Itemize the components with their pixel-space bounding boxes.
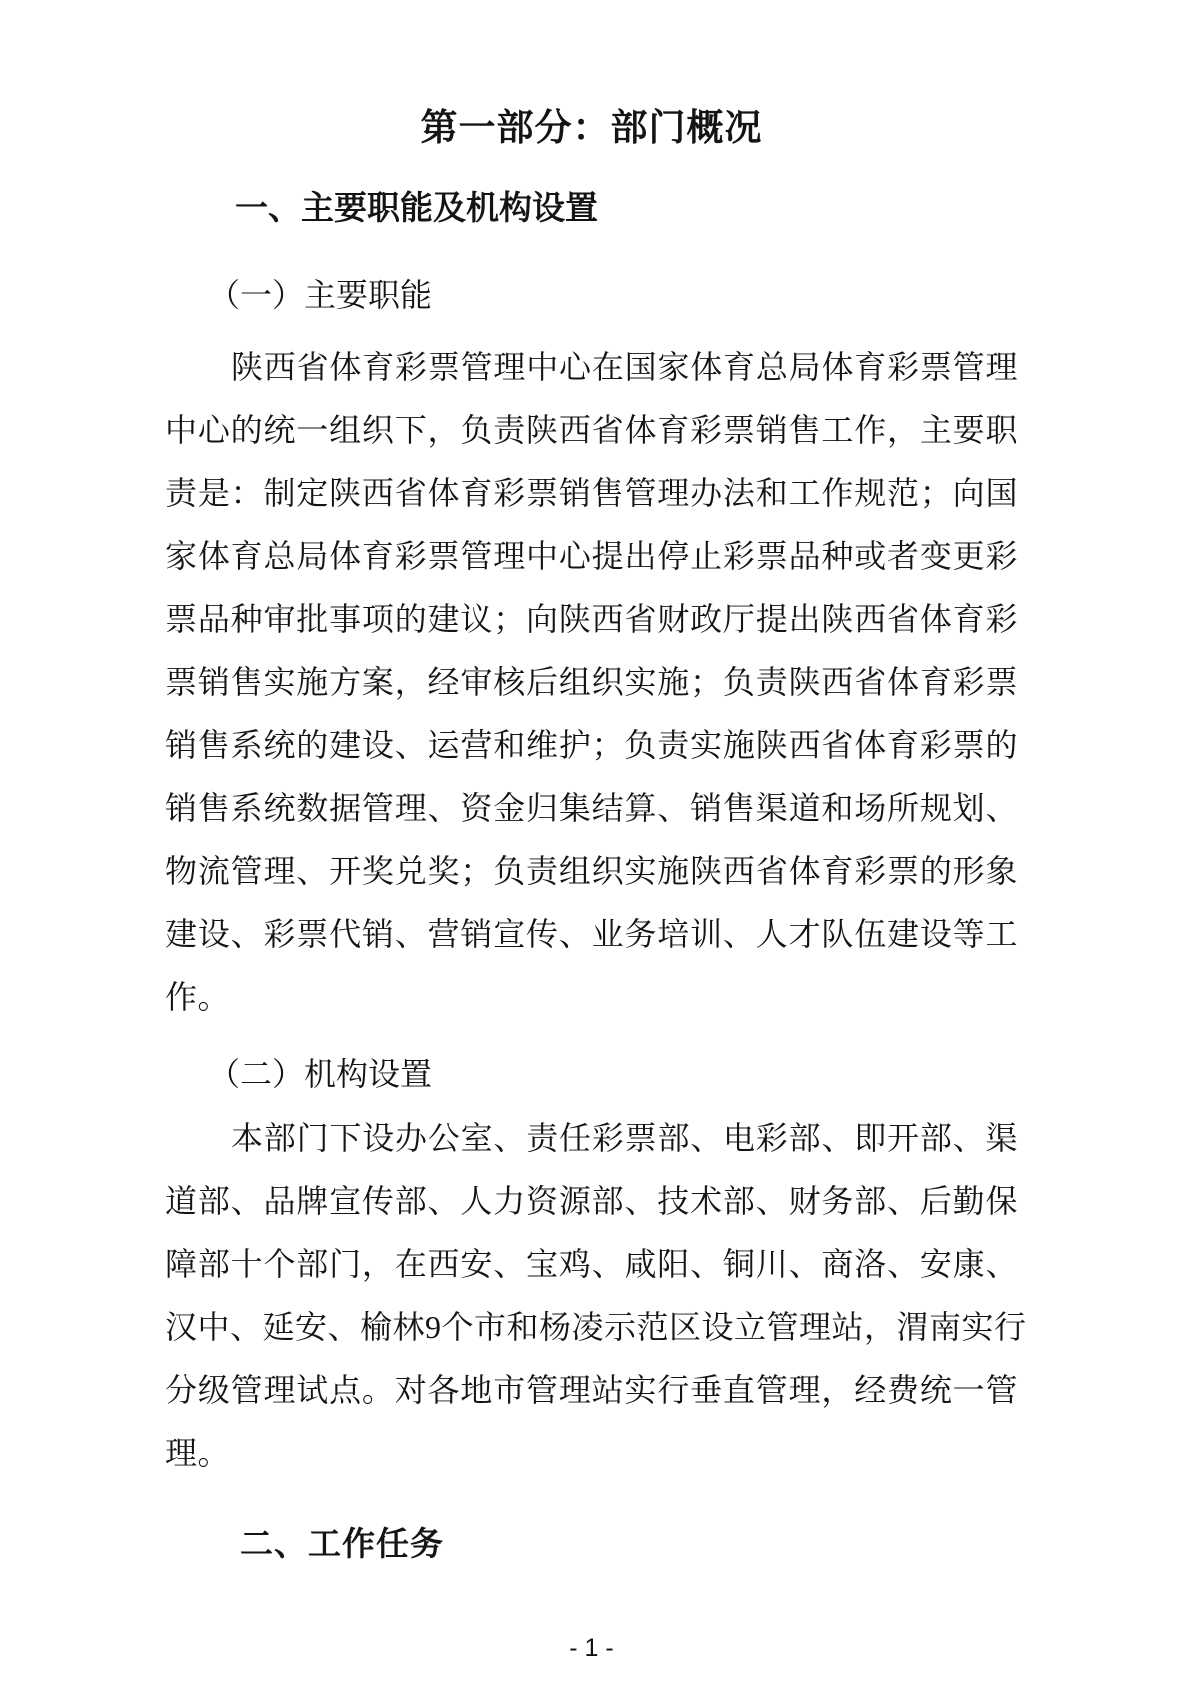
text-line: 道部、品牌宣传部、人力资源部、技术部、财务部、后勤保 (165, 1170, 1018, 1233)
paragraph-org-setup: 本部门下设办公室、责任彩票部、电彩部、即开部、渠 道部、品牌宣传部、人力资源部、… (165, 1107, 1018, 1485)
heading-main-functions: 一、主要职能及机构设置 (165, 186, 1018, 230)
text-line: 障部十个部门，在西安、宝鸡、咸阳、铜川、商洛、安康、 (165, 1233, 1018, 1296)
text-line: 销售系统数据管理、资金归集结算、销售渠道和场所规划、 (165, 777, 1018, 840)
text-line: 物流管理、开奖兑奖；负责组织实施陕西省体育彩票的形象 (165, 840, 1018, 903)
text-line: 汉中、延安、榆林9个市和杨凌示范区设立管理站，渭南实行 (165, 1296, 1018, 1359)
document-title: 第一部分：部门概况 (165, 104, 1018, 152)
paragraph-main-functions: 陕西省体育彩票管理中心在国家体育总局体育彩票管理 中心的统一组织下，负责陕西省体… (165, 336, 1018, 1029)
text-line: 票销售实施方案，经审核后组织实施；负责陕西省体育彩票 (165, 651, 1018, 714)
text-line: 建设、彩票代销、营销宣传、业务培训、人才队伍建设等工 (165, 903, 1018, 966)
subheading-org-setup: （二）机构设置 (165, 1054, 1018, 1094)
text-line: 中心的统一组织下，负责陕西省体育彩票销售工作，主要职 (165, 399, 1018, 462)
text-line: 票品种审批事项的建议；向陕西省财政厅提出陕西省体育彩 (165, 588, 1018, 651)
text-line: 分级管理试点。对各地市管理站实行垂直管理，经费统一管 (165, 1359, 1018, 1422)
text-line: 销售系统的建设、运营和维护；负责实施陕西省体育彩票的 (165, 714, 1018, 777)
text-line: 陕西省体育彩票管理中心在国家体育总局体育彩票管理 (165, 336, 1018, 399)
document-page: 第一部分：部门概况 一、主要职能及机构设置 （一）主要职能 陕西省体育彩票管理中… (0, 0, 1190, 1683)
text-line: 本部门下设办公室、责任彩票部、电彩部、即开部、渠 (165, 1107, 1018, 1170)
text-line: 家体育总局体育彩票管理中心提出停止彩票品种或者变更彩 (165, 525, 1018, 588)
page-number: - 1 - (165, 1633, 1018, 1663)
subheading-main-functions: （一）主要职能 (165, 275, 1018, 315)
text-line: 理。 (165, 1422, 1018, 1485)
heading-work-tasks: 二、工作任务 (165, 1523, 1018, 1567)
text-line: 责是：制定陕西省体育彩票销售管理办法和工作规范；向国 (165, 462, 1018, 525)
text-line: 作。 (165, 966, 1018, 1029)
